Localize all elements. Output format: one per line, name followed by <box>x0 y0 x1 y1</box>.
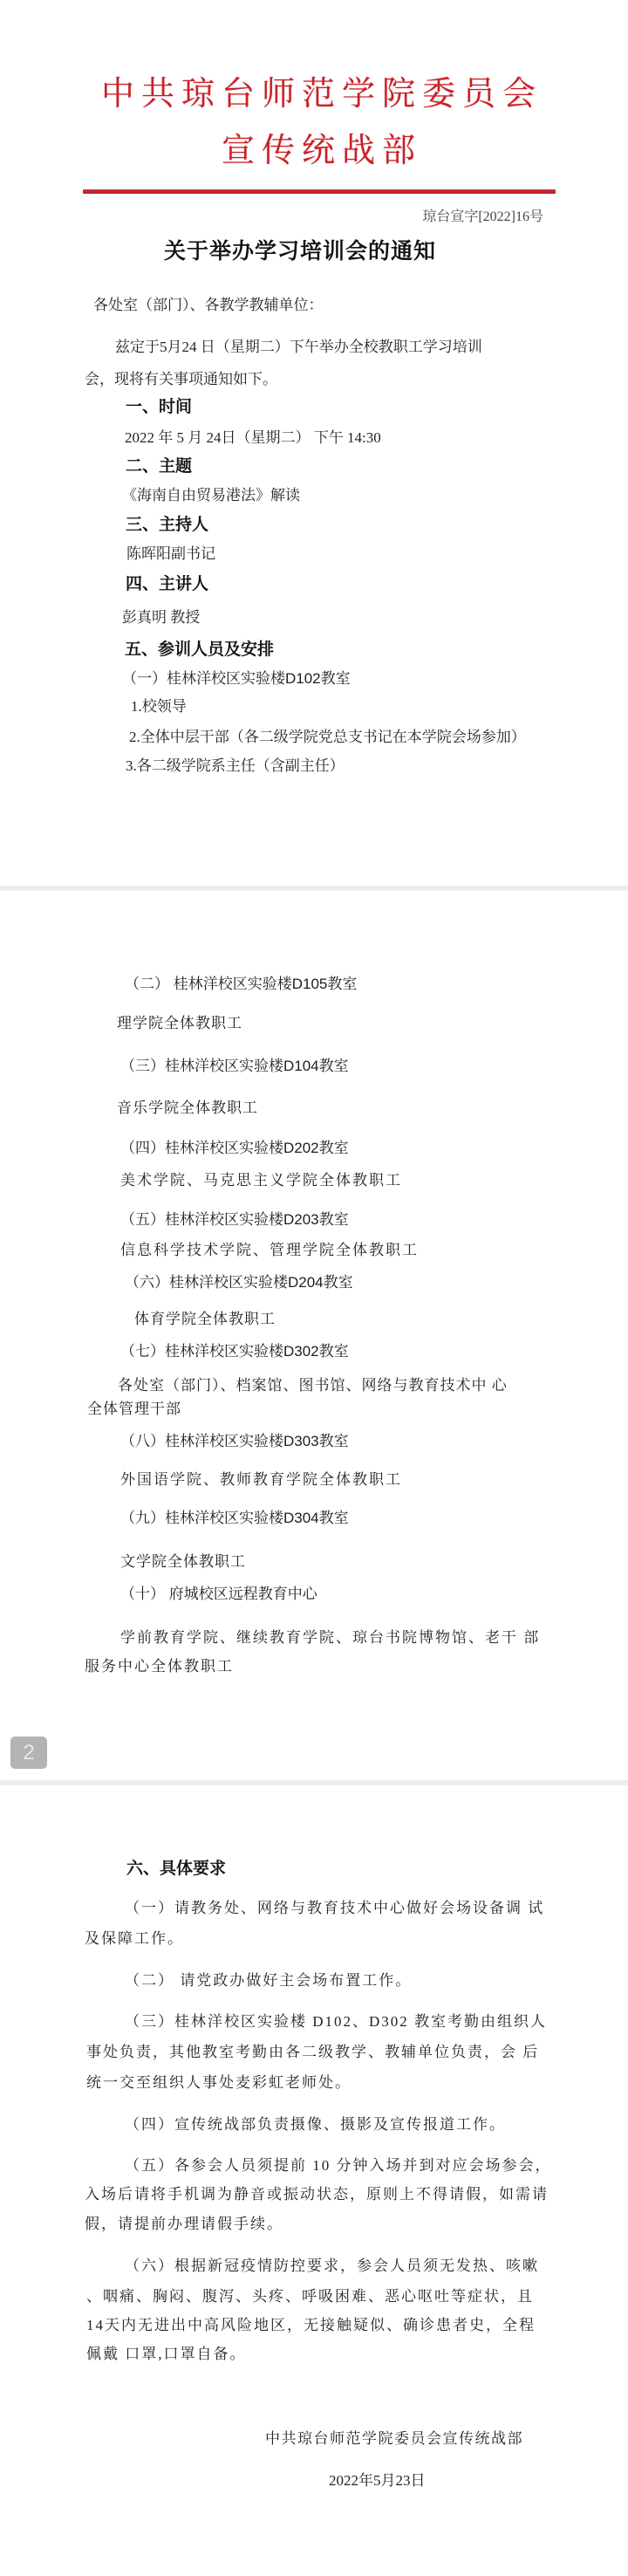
requirement-line: 及保障工作。 <box>85 1929 184 1949</box>
page-number-badge: 2 <box>10 1737 47 1769</box>
venue-attendees: 1.校领导 <box>131 696 187 717</box>
venue-label: （四）桂林洋校区实验楼D202教室 <box>120 1138 349 1159</box>
section-heading-speaker: 四、主讲人 <box>126 573 208 596</box>
salutation: 各处室（部门）、各教学教辅单位： <box>93 295 324 316</box>
speaker-value: 彭真明 教授 <box>122 607 200 628</box>
venue-attendees: 音乐学院全体教职工 <box>117 1098 258 1119</box>
intro-line: 兹定于5月24 日（星期二）下午举办全校教职工学习培训 <box>115 337 482 358</box>
requirement-line: 入场后请将手机调为静音或振动状态，原则上不得请假，如需请 <box>85 2184 549 2205</box>
venue-label: （一）桂林洋校区实验楼D102教室 <box>122 668 351 689</box>
red-header-rule <box>83 189 556 194</box>
requirement-line: 、咽痛、胸闷、腹泻、头疼、呼吸困难、恶心呕吐等症状，且 <box>86 2286 534 2307</box>
signature-date: 2022年5月23日 <box>329 2470 426 2491</box>
venue-attendees: 各处室（部门）、档案馆、图书馆、网络与教育技术中 心 <box>118 1375 508 1396</box>
venue-label: （五）桂林洋校区实验楼D203教室 <box>120 1209 349 1230</box>
org-name-line2: 宣传统战部 <box>0 132 628 170</box>
venue-label: （九）桂林洋校区实验楼D304教室 <box>120 1508 349 1529</box>
section-heading-requirements: 六、具体要求 <box>126 1858 226 1881</box>
requirement-line: 14天内无进出中高风险地区，无接触疑似、确诊患者史，全程 <box>86 2315 536 2336</box>
theme-value: 《海南自由贸易港法》解读 <box>122 485 300 506</box>
venue-attendees: 美术学院、马克思主义学院全体教职工 <box>120 1170 402 1191</box>
venue-attendees: 2.全体中层干部（各二级学院党总支书记在本学院会场参加） <box>129 727 526 748</box>
venue-label: （八）桂林洋校区实验楼D303教室 <box>120 1431 349 1452</box>
venue-attendees: 体育学院全体教职工 <box>134 1309 276 1330</box>
intro-line: 会，现将有关事项通知如下。 <box>85 369 277 390</box>
requirement-line: 事处负责，其他教室考勤由各二级教学、教辅单位负责，会 后 <box>86 2042 539 2063</box>
time-value: 2022 年 5 月 24日（星期二） 下午 14:30 <box>125 428 381 449</box>
venue-attendees: 3.各二级学院系主任（含副主任） <box>126 756 345 777</box>
venue-label: （十） 府城校区远程教育中心 <box>120 1584 317 1605</box>
venue-attendees: 外国语学院、教师教育学院全体教职工 <box>120 1470 402 1490</box>
section-heading-time: 一、时间 <box>126 396 192 419</box>
host-value: 陈晖阳副书记 <box>126 544 215 565</box>
page-1: 中共琼台师范学院委员会 宣传统战部 琼台宣字[2022]16号 关于举办学习培训… <box>0 0 628 886</box>
requirement-line: （二） 请党政办做好主会场布置工作。 <box>125 1970 412 1991</box>
requirement-line: （三）桂林洋校区实验楼 D102、D302 教室考勤由组织人 <box>125 2011 547 2032</box>
section-heading-participants: 五、参训人员及安排 <box>125 639 274 661</box>
venue-attendees: 服务中心全体教职工 <box>85 1656 234 1677</box>
signature-organization: 中共琼台师范学院委员会宣传统战部 <box>265 2429 523 2449</box>
org-name-line1: 中共琼台师范学院委员会 <box>0 75 628 113</box>
venue-attendees: 文学院全体教职工 <box>120 1552 246 1572</box>
requirement-line: （六）根据新冠疫情防控要求，参会人员须无发热、咳嗽 <box>125 2256 539 2277</box>
requirement-line: （四）宣传统战部负责摄像、摄影及宣传报道工作。 <box>125 2114 506 2135</box>
requirement-line: （一）请教务处、网络与教育技术中心做好会场设备调 试 <box>125 1898 544 1919</box>
requirement-line: 佩戴 口罩,口罩自备。 <box>86 2344 247 2365</box>
venue-label: （二） 桂林洋校区实验楼D105教室 <box>125 974 357 995</box>
venue-attendees: 学前教育学院、继续教育学院、琼台书院博物馆、老干 部 <box>120 1627 540 1648</box>
venue-label: （六）桂林洋校区实验楼D204教室 <box>125 1272 353 1293</box>
document-number: 琼台宣字[2022]16号 <box>422 208 543 227</box>
venue-attendees: 信息科学技术学院、管理学院全体教职工 <box>120 1240 419 1261</box>
requirement-line: （五）各参会人员须提前 10 分钟入场并到对应会场参会， <box>125 2155 552 2176</box>
venue-attendees: 理学院全体教职工 <box>117 1013 242 1034</box>
section-heading-theme: 二、主题 <box>126 456 192 478</box>
venue-label: （七）桂林洋校区实验楼D302教室 <box>120 1341 349 1362</box>
section-heading-host: 三、主持人 <box>126 514 208 537</box>
venue-label: （三）桂林洋校区实验楼D104教室 <box>120 1056 349 1077</box>
document-viewer: 中共琼台师范学院委员会 宣传统战部 琼台宣字[2022]16号 关于举办学习培训… <box>0 0 628 2576</box>
requirement-line: 假，请提前办理请假手续。 <box>85 2214 283 2235</box>
requirement-line: 统一交至组织人事处麦彩虹老师处。 <box>86 2072 352 2093</box>
venue-attendees: 全体管理干部 <box>87 1399 181 1420</box>
notice-title: 关于举办学习培训会的通知 <box>164 237 436 265</box>
